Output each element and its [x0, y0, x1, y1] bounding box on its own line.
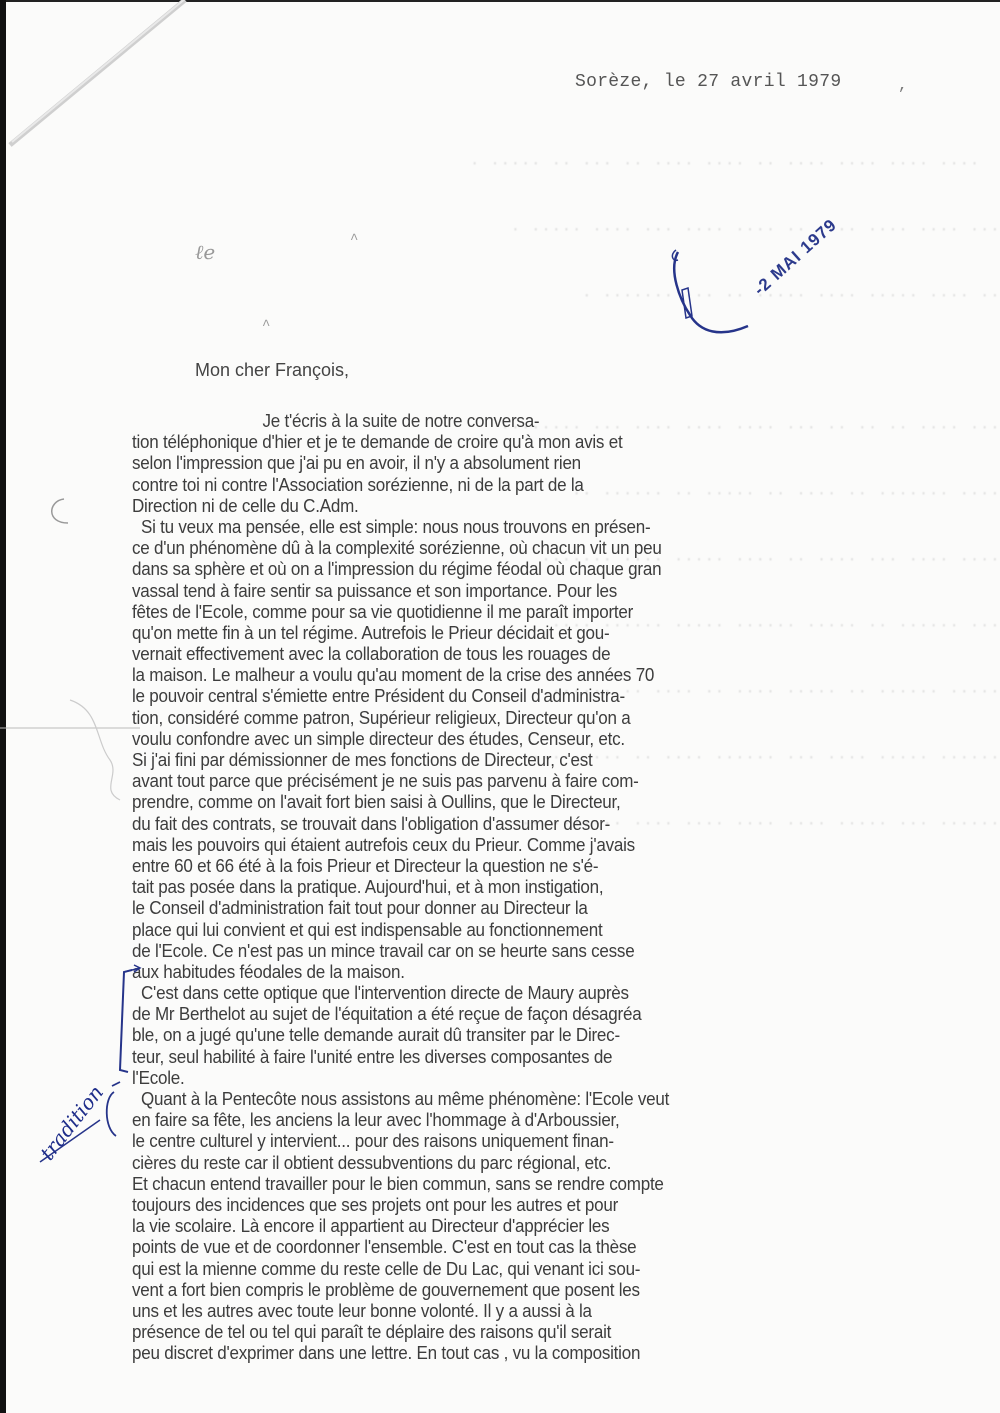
body-line: l'Ecole.	[132, 1067, 932, 1088]
body-line: Et chacun entend travailler pour le bien…	[132, 1173, 932, 1194]
body-line: qu'on mette fin à un tel régime. Autrefo…	[132, 622, 932, 643]
salutation: Mon cher François,	[195, 360, 349, 381]
body-line: dans sa sphère et où on a l'impression d…	[132, 558, 932, 579]
body-line: tion téléphonique d'hier et je te demand…	[132, 431, 932, 452]
dateline: Sorèze, le 27 avril 1979	[575, 72, 841, 92]
body-line: peu discret d'exprimer dans une lettre. …	[132, 1342, 932, 1363]
body-line: ble, on a jugé qu'une telle demande aura…	[132, 1024, 932, 1045]
body-line: uns et les autres avec toute leur bonne …	[132, 1300, 932, 1321]
caret-mark: ^	[262, 318, 270, 334]
body-line: points de vue et de coordonner l'ensembl…	[132, 1236, 932, 1257]
body-line: Direction ni de celle du C.Adm.	[132, 495, 932, 516]
body-line: entre 60 et 66 été à la fois Prieur et D…	[132, 855, 932, 876]
body-line: toujours des incidences que ses projets …	[132, 1194, 932, 1215]
body-line: de Mr Berthelot au sujet de l'équitation…	[132, 1003, 932, 1024]
body-line: qui est la mienne comme du reste celle d…	[132, 1258, 932, 1279]
body-line: place qui lui convient et qui est indisp…	[132, 919, 932, 940]
body-line: le pouvoir central s'émiette entre Prési…	[132, 685, 932, 706]
body-line: C'est dans cette optique que l'intervent…	[132, 982, 932, 1003]
body-line: teur, seul habilité à faire l'unité entr…	[132, 1046, 932, 1067]
body-line: vassal tend à faire sentir sa puissance …	[132, 580, 932, 601]
body-line: Si j'ai fini par démissionner de mes fon…	[132, 749, 932, 770]
body-line: en faire sa fête, les anciens la leur av…	[132, 1109, 932, 1130]
letter-body: Je t'écris à la suite de notre conversa-…	[132, 410, 932, 1363]
letter-page: ···· ···· ···· ···· ·· ···· ···· ·· ··· …	[0, 0, 1000, 1413]
body-line: la vie scolaire. Là encore il appartient…	[132, 1215, 932, 1236]
body-line: avant tout parce que précisément je ne s…	[132, 770, 932, 791]
body-line: contre toi ni contre l'Association soréz…	[132, 474, 932, 495]
body-line: vent a fort bien compris le problème de …	[132, 1279, 932, 1300]
body-line: tion, considéré comme patron, Supérieur …	[132, 707, 932, 728]
body-line: présence de tel ou tel qui paraît te dép…	[132, 1321, 932, 1342]
body-line: le centre culturel y intervient... pour …	[132, 1130, 932, 1151]
body-line: le Conseil d'administration fait tout po…	[132, 897, 932, 918]
scan-left-edge	[0, 0, 6, 1413]
body-line: tait pas posée dans la pratique. Aujourd…	[132, 876, 932, 897]
body-line: voulu confondre avec un simple directeur…	[132, 728, 932, 749]
body-line: selon l'impression que j'ai pu en avoir,…	[132, 452, 932, 473]
body-line: Je t'écris à la suite de notre conversa-	[132, 410, 932, 431]
body-line: de l'Ecole. Ce n'est pas un mince travai…	[132, 940, 932, 961]
body-line: cières du reste car il obtient dessubven…	[132, 1152, 932, 1173]
body-line: la maison. Le malheur a voulu qu'au mome…	[132, 664, 932, 685]
body-line: prendre, comme on l'avait fort bien sais…	[132, 791, 932, 812]
stray-mark: ,	[898, 76, 908, 94]
body-line: mais les pouvoirs qui étaient autrefois …	[132, 834, 932, 855]
pencil-scribble	[0, 690, 140, 810]
body-line: aux habitudes féodales de la maison.	[132, 961, 932, 982]
body-line: vernait effectivement avec la collaborat…	[132, 643, 932, 664]
body-line: Quant à la Pentecôte nous assistons au m…	[132, 1088, 932, 1109]
body-line: fêtes de l'Ecole, comme pour sa vie quot…	[132, 601, 932, 622]
body-line: du fait des contrats, se trouvait dans l…	[132, 813, 932, 834]
margin-annotation: tradition	[35, 1081, 108, 1165]
pencil-curve-mark	[40, 495, 90, 535]
body-line: Si tu veux ma pensée, elle est simple: n…	[132, 516, 932, 537]
pencil-mark: ℓe	[195, 240, 215, 265]
body-line: ce d'un phénomène dû à la complexité sor…	[132, 537, 932, 558]
caret-mark: ^	[350, 232, 358, 248]
